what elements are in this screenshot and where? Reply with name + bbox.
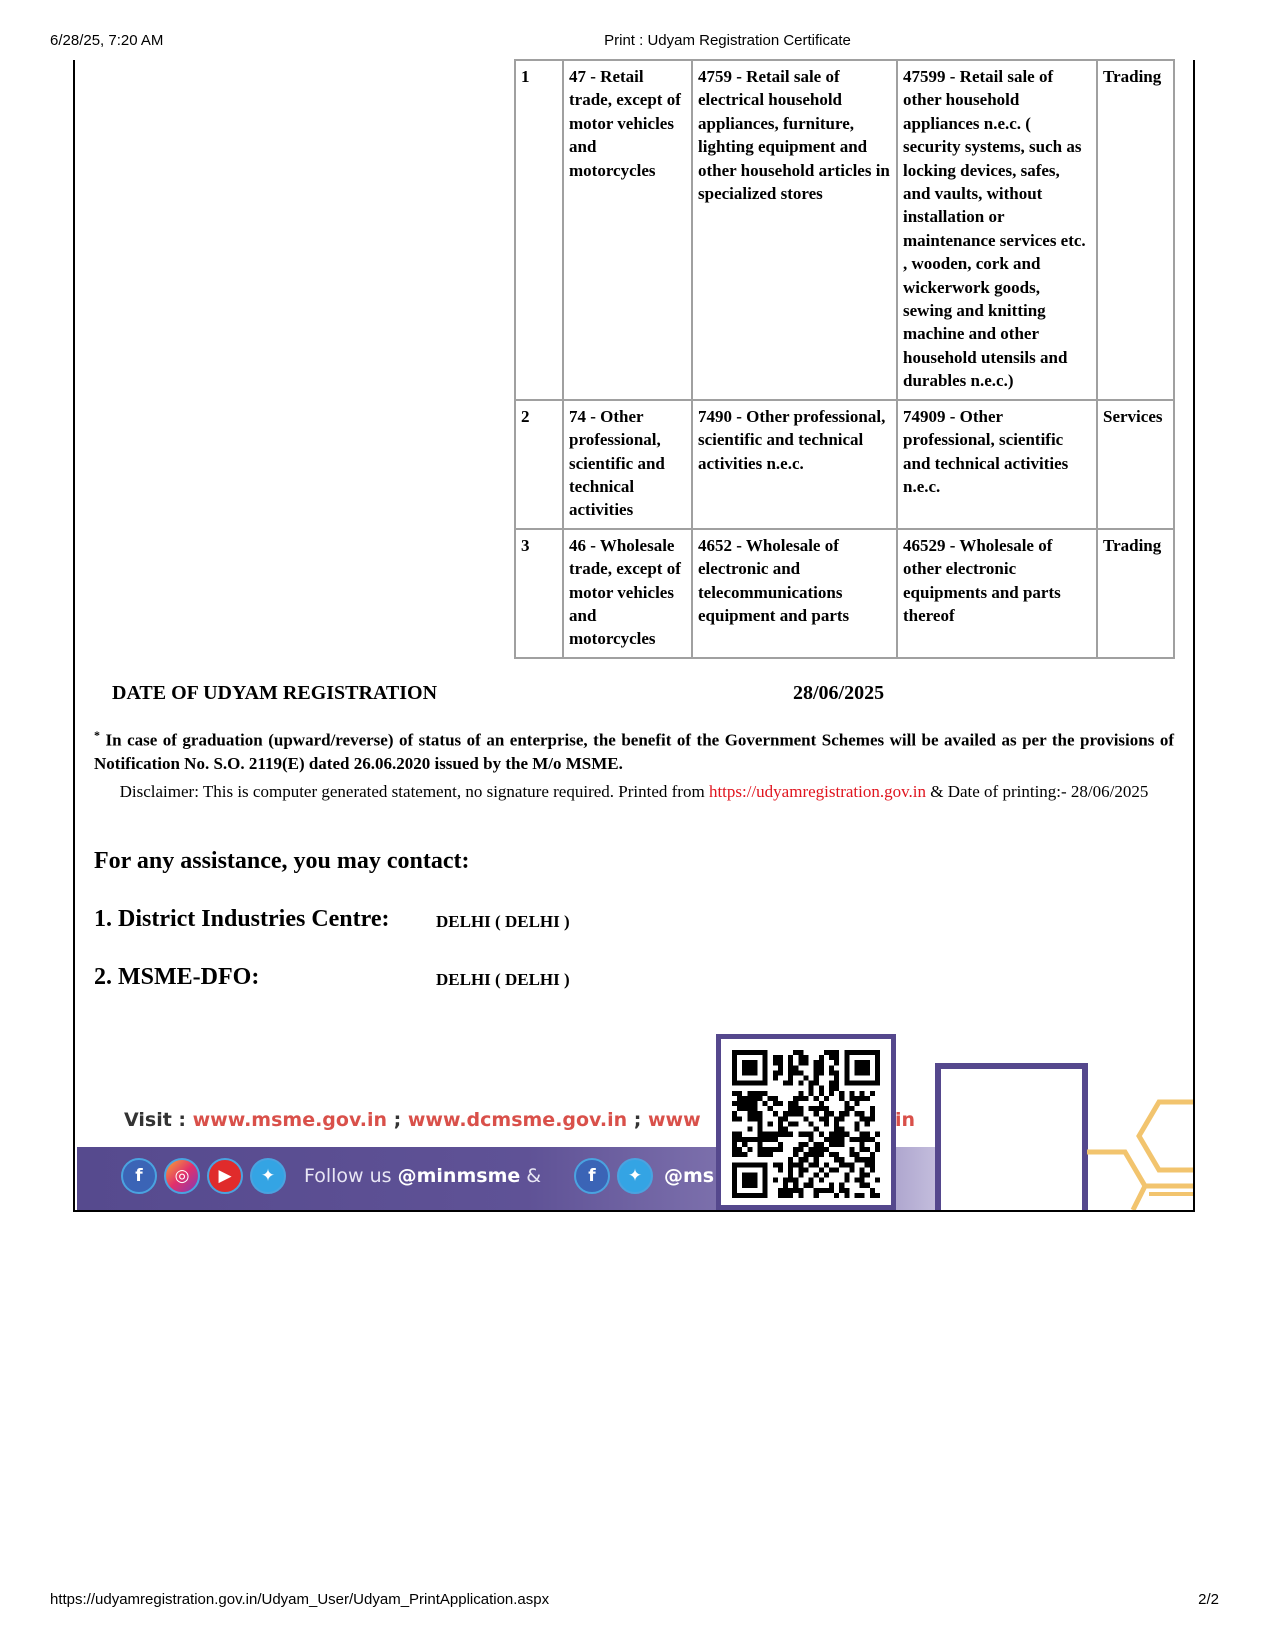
facebook-icon[interactable]: f <box>574 1158 610 1194</box>
nic-5-digit-cell: 46529 - Wholesale of other electronic eq… <box>897 529 1097 658</box>
visit-links: Visit : www.msme.gov.in ; www.dcmsme.gov… <box>124 1109 701 1131</box>
nic-2-digit-cell: 74 - Other professional, scientific and … <box>563 400 692 529</box>
instagram-icon[interactable]: ◎ <box>164 1158 200 1194</box>
assistance-heading: For any assistance, you may contact: <box>94 848 470 875</box>
qr-code-icon <box>732 1050 880 1198</box>
activity-cell: Trading <box>1097 60 1174 400</box>
nic-5-digit-cell: 47599 - Retail sale of other household a… <box>897 60 1097 400</box>
facebook-icon[interactable]: f <box>121 1158 157 1194</box>
twitter-icon[interactable]: ✦ <box>617 1158 653 1194</box>
table-row: 1 47 - Retail trade, except of motor veh… <box>515 60 1174 400</box>
disclaimer-suffix: & Date of printing:- 28/06/2025 <box>926 782 1148 801</box>
youtube-icon[interactable]: ▶ <box>207 1158 243 1194</box>
dcmsme-link[interactable]: www.dcmsme.gov.in <box>408 1109 627 1131</box>
separator: ; <box>387 1109 408 1131</box>
activity-cell: Trading <box>1097 529 1174 658</box>
msme-link[interactable]: www.msme.gov.in <box>193 1109 387 1131</box>
nic-code-table: 1 47 - Retail trade, except of motor veh… <box>514 59 1175 659</box>
note-text: In case of graduation (upward/reverse) o… <box>94 731 1174 773</box>
page-number: 2/2 <box>1198 1591 1219 1608</box>
registration-date-value: 28/06/2025 <box>793 682 884 705</box>
nic-5-digit-cell: 74909 - Other professional, scientific a… <box>897 400 1097 529</box>
msme-dfo-label: 2. MSME-DFO: <box>94 964 259 991</box>
hexagon-decoration-icon <box>1087 1090 1193 1210</box>
print-url: https://udyamregistration.gov.in/Udyam_U… <box>50 1591 549 1608</box>
third-link-tail: in <box>895 1109 915 1131</box>
follow-label: Follow us <box>304 1165 398 1187</box>
qr-code-frame <box>716 1034 896 1210</box>
nic-2-digit-cell: 46 - Wholesale trade, except of motor ve… <box>563 529 692 658</box>
table-row: 2 74 - Other professional, scientific an… <box>515 400 1174 529</box>
registration-date-label: DATE OF UDYAM REGISTRATION <box>112 682 437 705</box>
nic-4-digit-cell: 4759 - Retail sale of electrical househo… <box>692 60 897 400</box>
udyam-portal-link[interactable]: https://udyamregistration.gov.in <box>709 782 926 801</box>
ampersand: & <box>520 1165 541 1187</box>
disclaimer: Disclaimer: This is computer generated s… <box>94 780 1174 803</box>
print-title: Print : Udyam Registration Certificate <box>0 32 1275 49</box>
msme-dfo-value: DELHI ( DELHI ) <box>436 970 570 990</box>
nic-4-digit-cell: 4652 - Wholesale of electronic and telec… <box>692 529 897 658</box>
disclaimer-prefix: Disclaimer: This is computer generated s… <box>120 782 709 801</box>
msme-footer-banner: Visit : www.msme.gov.in ; www.dcmsme.gov… <box>77 1030 1193 1210</box>
dic-label: 1. District Industries Centre: <box>94 906 390 933</box>
separator: ; <box>627 1109 648 1131</box>
dic-value: DELHI ( DELHI ) <box>436 912 570 932</box>
sno-cell: 2 <box>515 400 563 529</box>
visit-label: Visit : <box>124 1109 193 1131</box>
second-handle[interactable]: @ms <box>664 1165 714 1187</box>
note-marker: * <box>94 728 100 742</box>
nic-4-digit-cell: 7490 - Other professional, scientific an… <box>692 400 897 529</box>
table-row: 3 46 - Wholesale trade, except of motor … <box>515 529 1174 658</box>
activity-cell: Services <box>1097 400 1174 529</box>
nic-2-digit-cell: 47 - Retail trade, except of motor vehic… <box>563 60 692 400</box>
minmsme-handle[interactable]: @minmsme <box>398 1165 521 1187</box>
sno-cell: 3 <box>515 529 563 658</box>
twitter-icon[interactable]: ✦ <box>250 1158 286 1194</box>
photo-placeholder <box>935 1063 1088 1210</box>
third-link-partial[interactable]: www <box>648 1109 701 1131</box>
follow-us-text: Follow us @minmsme & <box>304 1165 541 1187</box>
sno-cell: 1 <box>515 60 563 400</box>
graduation-note: * In case of graduation (upward/reverse)… <box>94 724 1174 775</box>
